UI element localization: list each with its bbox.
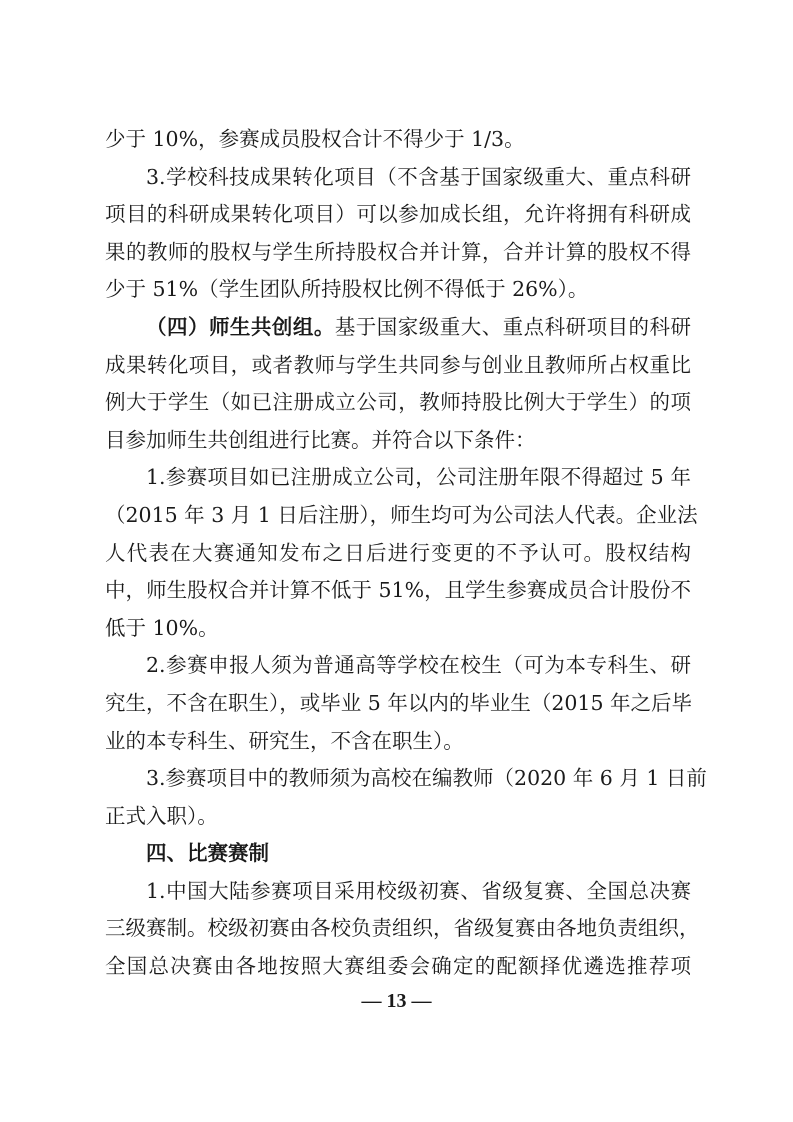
paragraph-format-1: 1.中国大陆参赛项目采用校级初赛、省级复赛、全国总决赛 三级赛制。校级初赛由各校…: [105, 873, 691, 986]
text-line: 3.学校科技成果转化项目（不含基于国家级重大、重点科研: [105, 159, 691, 197]
section-heading-competition-format: 四、比赛赛制: [105, 835, 691, 873]
text-line: （2015 年 3 月 1 日后注册），师生均可为公司法人代表。企业法: [105, 497, 691, 535]
text-line: 低于 10%。: [105, 610, 691, 648]
text-line: 人代表在大赛通知发布之日后进行变更的不予认可。股权结构: [105, 535, 691, 573]
text-line: 少于 10%，参赛成员股权合计不得少于 1/3。: [105, 121, 691, 159]
text-line: （四）师生共创组。基于国家级重大、重点科研项目的科研: [105, 309, 691, 347]
text-line: 项目的科研成果转化项目）可以参加成长组，允许将拥有科研成: [105, 196, 691, 234]
text-run: 基于国家级重大、重点科研项目的科研: [335, 315, 691, 339]
paragraph-teacher-student-group: （四）师生共创组。基于国家级重大、重点科研项目的科研 成果转化项目，或者教师与学…: [105, 309, 691, 459]
text-line: 中，师生股权合并计算不低于 51%，且学生参赛成员合计股份不: [105, 572, 691, 610]
text-line: 例大于学生（如已注册成立公司，教师持股比例大于学生）的项: [105, 384, 691, 422]
paragraph-condition-1: 1.参赛项目如已注册成立公司，公司注册年限不得超过 5 年 （2015 年 3 …: [105, 459, 691, 647]
page-number: — 13 —: [0, 990, 793, 1013]
paragraph-condition-3: 3.参赛项目中的教师须为高校在编教师（2020 年 6 月 1 日前 正式入职）…: [105, 760, 691, 835]
text-line: 目参加师生共创组进行比赛。并符合以下条件：: [105, 422, 691, 460]
paragraph-item-3-growth-group: 3.学校科技成果转化项目（不含基于国家级重大、重点科研 项目的科研成果转化项目）…: [105, 159, 691, 309]
text-line: 2.参赛申报人须为普通高等学校在校生（可为本专科生、研: [105, 647, 691, 685]
section-heading: 四、比赛赛制: [105, 835, 691, 873]
paragraph-continuation: 少于 10%，参赛成员股权合计不得少于 1/3。: [105, 121, 691, 159]
paragraph-condition-2: 2.参赛申报人须为普通高等学校在校生（可为本专科生、研 究生，不含在职生），或毕…: [105, 647, 691, 760]
text-line: 三级赛制。校级初赛由各校负责组织，省级复赛由各地负责组织，: [105, 910, 691, 948]
text-line: 成果转化项目，或者教师与学生共同参与创业且教师所占权重比: [105, 347, 691, 385]
text-line: 果的教师的股权与学生所持股权合并计算，合并计算的股权不得: [105, 234, 691, 272]
text-line: 究生，不含在职生），或毕业 5 年以内的毕业生（2015 年之后毕: [105, 685, 691, 723]
text-line: 少于 51%（学生团队所持股权比例不得低于 26%）。: [105, 271, 691, 309]
text-line: 业的本专科生、研究生，不含在职生）。: [105, 723, 691, 761]
text-line: 1.中国大陆参赛项目采用校级初赛、省级复赛、全国总决赛: [105, 873, 691, 911]
subsection-title: （四）师生共创组。: [146, 315, 335, 339]
document-page: 少于 10%，参赛成员股权合计不得少于 1/3。 3.学校科技成果转化项目（不含…: [105, 121, 691, 986]
text-line: 正式入职）。: [105, 798, 691, 836]
text-line: 3.参赛项目中的教师须为高校在编教师（2020 年 6 月 1 日前: [105, 760, 691, 798]
text-line: 1.参赛项目如已注册成立公司，公司注册年限不得超过 5 年: [105, 459, 691, 497]
text-line: 全国总决赛由各地按照大赛组委会确定的配额择优遴选推荐项: [105, 948, 691, 986]
